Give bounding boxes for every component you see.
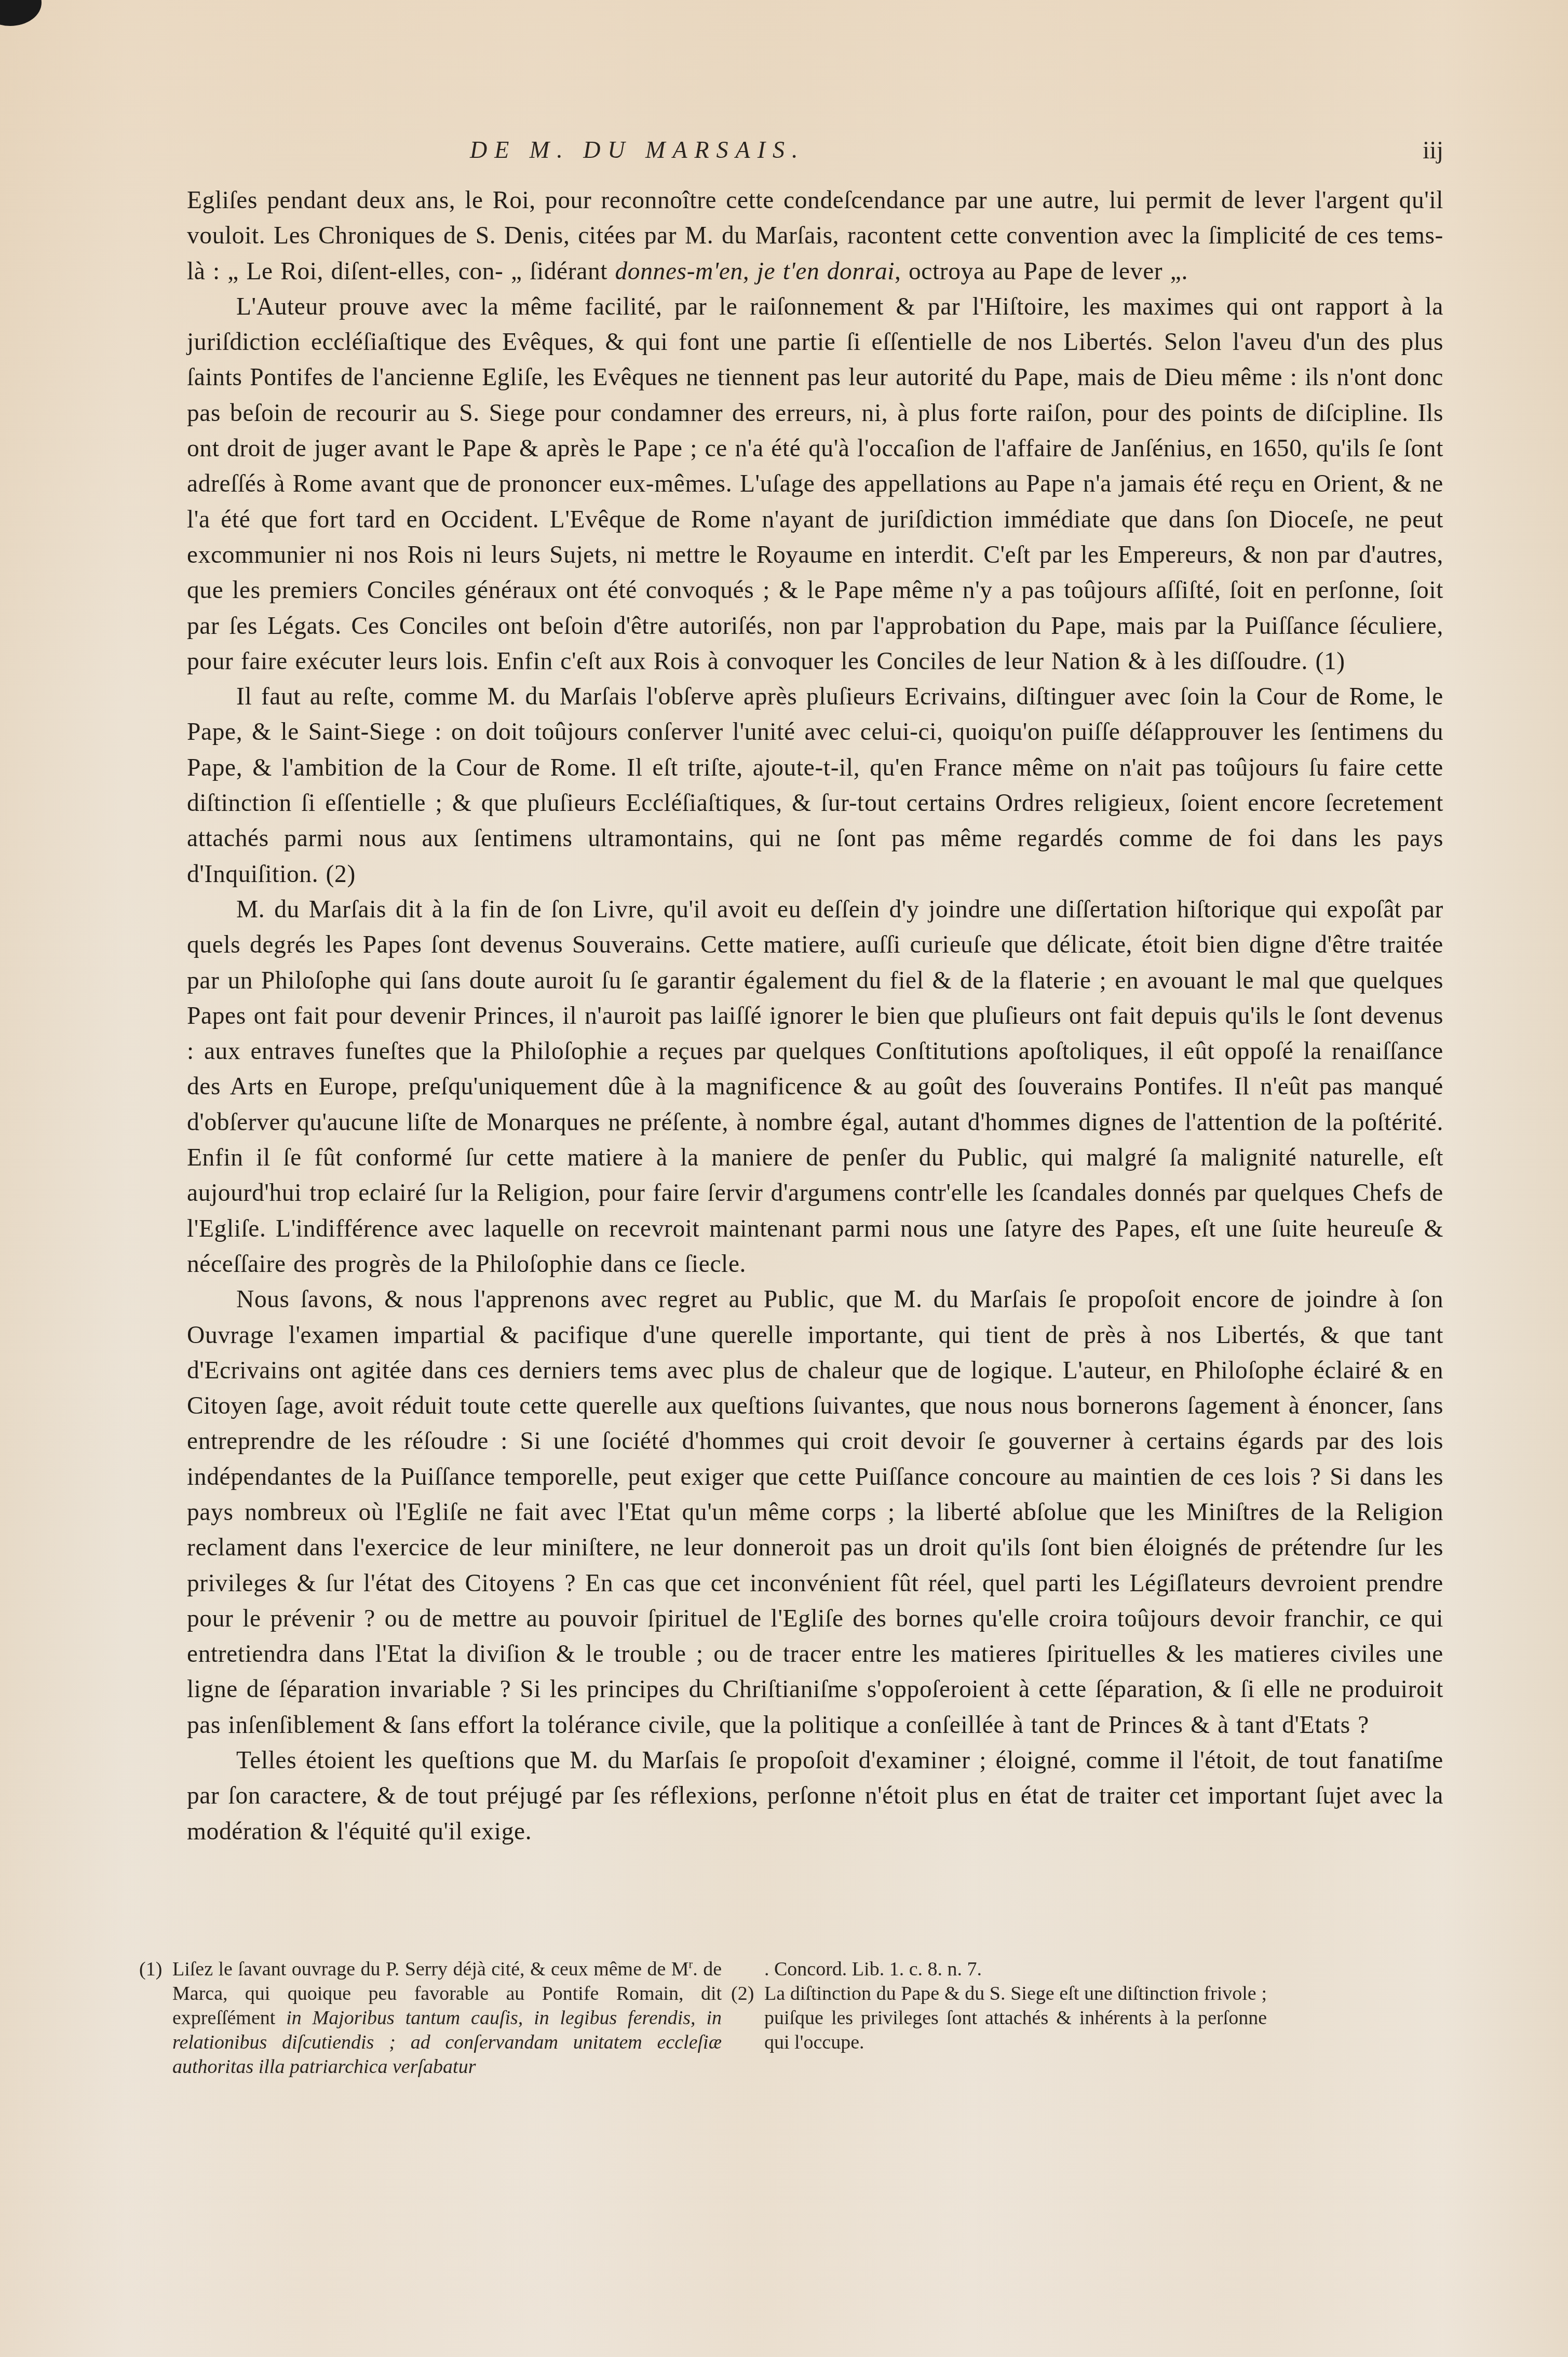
footnote-1: (1)Liſez le ſavant ouvrage du P. Serry d… [156,1957,722,2079]
paragraph-1: Egliſes pendant deux ans, le Roi, pour r… [187,183,1443,289]
footnote-1-citation-text: . Concord. Lib. 1. c. 8. n. 7. [764,1958,982,1980]
footnote-2-marker: (2) [748,1982,764,2006]
scan-corner-shadow [0,0,42,26]
paragraph-5-text: Nous ſavons, & nous l'apprenons avec reg… [187,1286,1443,1739]
paragraph-4-text: M. du Marſais dit à la fin de ſon Livre,… [187,896,1443,1278]
paragraph-3-text: Il faut au reſte, comme M. du Marſais l'… [187,683,1443,887]
paragraph-6-text: Telles étoient les queſtions que M. du M… [187,1747,1443,1845]
running-head: DE M. DU MARSAIS. iij [187,136,1443,167]
paragraph-1-text-end: , octroya au Pape de lever „. [895,258,1188,285]
footnote-1-marker: (1) [156,1957,172,1982]
paragraph-4: M. du Marſais dit à la fin de ſon Livre,… [187,892,1443,1282]
footnote-1-citation: . Concord. Lib. 1. c. 8. n. 7. [748,1957,1267,1982]
quoted-phrase-italic: donnes-m'en, je t'en donrai [615,258,895,285]
main-text-block: Egliſes pendant deux ans, le Roi, pour r… [187,183,1443,1849]
paragraph-3: Il faut au reſte, comme M. du Marſais l'… [187,679,1443,892]
running-title: DE M. DU MARSAIS. [470,136,805,164]
footnote-1-text: Liſez le ſavant ouvrage du P. Serry déjà… [172,1958,689,1980]
page-number: iij [1423,136,1443,165]
paragraph-5: Nous ſavons, & nous l'apprenons avec reg… [187,1282,1443,1743]
paragraph-2-text: L'Auteur prouve avec la même facilité, p… [187,293,1443,675]
footnote-2-text: La diſtinction du Pape & du S. Siege eſt… [764,1983,1267,2053]
paragraph-6: Telles étoient les queſtions que M. du M… [187,1743,1443,1849]
footnote-2: (2)La diſtinction du Pape & du S. Siege … [748,1982,1267,2055]
footnote-column-left: (1)Liſez le ſavant ouvrage du P. Serry d… [156,1957,722,2079]
paragraph-2: L'Auteur prouve avec la même facilité, p… [187,289,1443,679]
footnote-column-right: . Concord. Lib. 1. c. 8. n. 7. (2)La diſ… [748,1957,1267,2055]
